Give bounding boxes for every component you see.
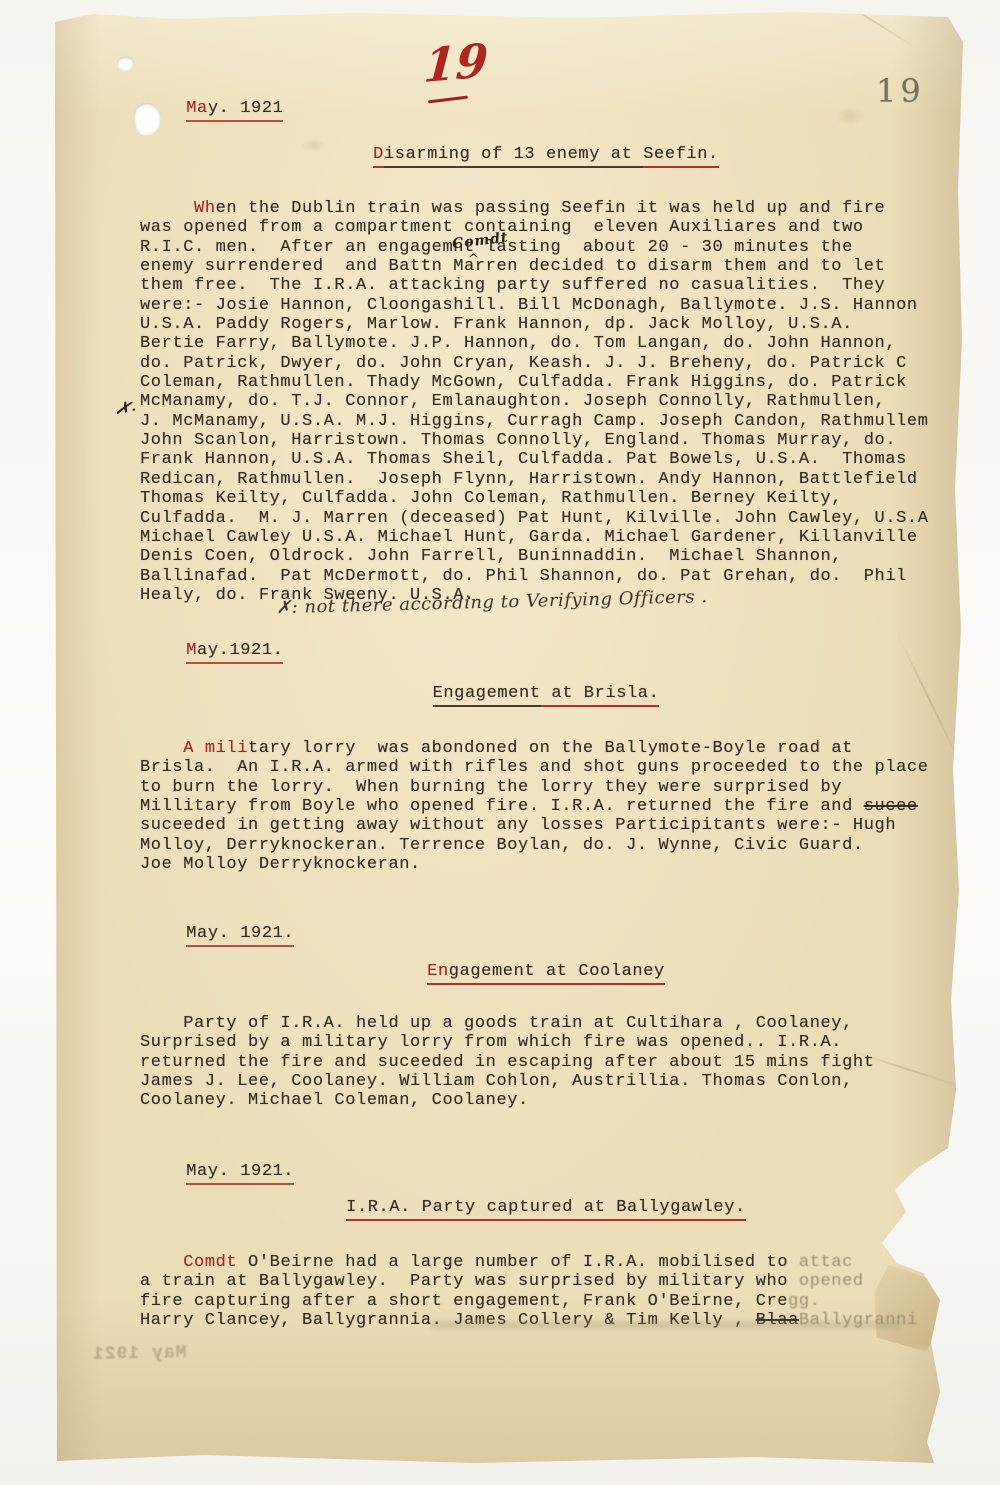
text-segment: Brisla. An I.R.A. armed with rifles and … <box>140 758 929 777</box>
text-segment: a train at Ballygawley. Party was surpri… <box>140 1272 799 1291</box>
text-segment: A mili <box>183 739 248 758</box>
paragraph-seefin: When the Dublin train was passing Seefin… <box>140 199 962 605</box>
text-line: them free. The I.R.A. attacking party su… <box>140 276 962 295</box>
text-segment: Michael Cawley U.S.A. Michael Hunt, Gard… <box>140 528 918 547</box>
bleed-through-smear <box>430 1321 902 1329</box>
text-line: Surprised by a military lorry from which… <box>140 1033 962 1052</box>
text-segment: Surprised by a military lorry from which… <box>140 1033 842 1052</box>
text-line: When the Dublin train was passing Seefin… <box>140 199 962 218</box>
text-segment: McManamy, do. T.J. Connor, Emlanaughton.… <box>140 392 885 411</box>
text-segment: enemy surrendered and Battn Marren decid… <box>140 257 885 276</box>
text-segment <box>140 199 194 218</box>
text-line: Comdt O'Beirne had a large number of I.R… <box>140 1253 962 1272</box>
text-segment: Coleman, Rathmullen. Thady McGown, Culfa… <box>140 373 907 392</box>
text-segment: En <box>427 962 449 985</box>
text-segment: Culfadda. M. J. Marren (deceased) Pat Hu… <box>140 509 929 528</box>
text-line: Denis Coen, Oldrock. John Farrell, Bunin… <box>140 547 962 566</box>
text-segment: at Brisla. <box>541 684 660 707</box>
text-segment: Ballinafad. Pat McDermott, do. Phil Shan… <box>140 567 907 586</box>
text-line: Redican, Rathmullen. Joseph Flynn, Harri… <box>140 470 962 489</box>
text-segment: sucee <box>864 797 918 816</box>
text-line: Culfadda. M. J. Marren (deceased) Pat Hu… <box>140 509 962 528</box>
paper-stain <box>835 106 865 126</box>
text-segment: attac <box>799 1253 853 1272</box>
date-text: May. 1921 <box>186 99 283 122</box>
text-line: Frank Hannon, U.S.A. Thomas Sheil, Culfa… <box>140 450 962 469</box>
text-segment: May. 1921. <box>186 924 294 943</box>
handwritten-caret: ^ <box>468 252 479 267</box>
text-segment: ay.1921. <box>197 641 283 660</box>
date-heading: May. 1921 <box>143 80 283 141</box>
text-segment: to burn the lorry. When burning the lorr… <box>140 778 842 797</box>
text-line: Coleman, Rathmullen. Thady McGown, Culfa… <box>140 373 962 392</box>
text-segment <box>140 739 183 758</box>
paragraph-brisla: A military lorry was abondoned on the Ba… <box>140 739 962 874</box>
text-line: a train at Ballygawley. Party was surpri… <box>140 1272 962 1291</box>
text-segment: James J. Lee, Coolaney. William Cohlon, … <box>140 1072 853 1091</box>
text-segment: Party of I.R.A. held up a goods train at… <box>140 1014 853 1033</box>
text-segment: Bertie Farry, Ballymote. J.P. Hannon, do… <box>140 334 896 353</box>
section-title-seefin: Disarming of 13 enemy at Seefin. <box>140 145 952 164</box>
text-line: fire capturing after a short engagement,… <box>140 1292 962 1311</box>
text-line: enemy surrendered and Battn Marren decid… <box>140 257 962 276</box>
text-line: Coolaney. Michael Coleman, Coolaney. <box>140 1091 962 1110</box>
text-segment: Joe Molloy Derryknockeran. <box>140 855 421 874</box>
text-segment: gg. <box>788 1292 820 1311</box>
text-line: returned the fire and suceeded in escapi… <box>140 1053 962 1072</box>
section-title-coolaney: Engagement at Coolaney <box>140 962 952 981</box>
text-segment: Molloy, Derryknockeran. Terrence Boylan,… <box>140 836 864 855</box>
text-segment: gagement at Coolaney <box>449 962 665 985</box>
stamped-page-number: 19 <box>876 72 925 110</box>
text-segment: opened <box>799 1272 864 1291</box>
paper-crease <box>823 0 917 49</box>
text-line: were:- Josie Hannon, Cloongashill. Bill … <box>140 296 962 315</box>
text-segment: Comdt <box>183 1253 237 1272</box>
text-line: suceeded in getting away without any los… <box>140 816 962 835</box>
paper-hole <box>115 54 135 73</box>
text-line: McManamy, do. T.J. Connor, Emlanaughton.… <box>140 392 962 411</box>
text-segment: I.R.A. Party captured at Ballygawley. <box>346 1198 746 1221</box>
text-line: to burn the lorry. When burning the lorr… <box>140 778 962 797</box>
text-segment: May. 1921. <box>186 1162 294 1181</box>
document-scan: May. 1921 19 19 Disarming of 13 enemy at… <box>0 0 1000 1485</box>
text-line: Michael Cawley U.S.A. Michael Hunt, Gard… <box>140 528 962 547</box>
text-segment: y. 1921 <box>208 99 284 118</box>
text-segment: returned the fire and suceeded in escapi… <box>140 1053 875 1072</box>
paragraph-coolaney: Party of I.R.A. held up a goods train at… <box>140 1014 962 1111</box>
text-segment: Engagement <box>433 684 541 707</box>
text-line: J. McManamy, U.S.A. M.J. Higgins, Currag… <box>140 412 962 431</box>
text-segment: D <box>373 145 384 168</box>
date-text: May.1921. <box>186 641 283 664</box>
text-segment: were:- Josie Hannon, Cloongashill. Bill … <box>140 296 918 315</box>
paragraph-ballygawley: Comdt O'Beirne had a large number of I.R… <box>140 1253 962 1330</box>
text-segment: Redican, Rathmullen. Joseph Flynn, Harri… <box>140 470 918 489</box>
text-line: was opened from a compartment containing… <box>140 218 962 237</box>
text-segment: Coolaney. Michael Coleman, Coolaney. <box>140 1091 529 1110</box>
text-segment: do. Patrick, Dwyer, do. John Cryan, Keas… <box>140 354 907 373</box>
text-segment: Seefin. <box>643 145 719 168</box>
text-segment: fire capturing after a short engagement,… <box>140 1292 788 1311</box>
handwritten-margin-mark: ✗· <box>113 396 138 421</box>
text-segment: Ma <box>186 99 208 118</box>
text-segment: M <box>186 641 197 660</box>
text-segment: en the Dublin train was passing Seefin i… <box>216 199 886 218</box>
bleed-through-text: May 1921 <box>92 1343 187 1365</box>
text-line: Thomas Keilty, Culfadda. John Coleman, R… <box>140 489 962 508</box>
text-line: Joe Molloy Derryknockeran. <box>140 855 962 874</box>
text-segment: Thomas Keilty, Culfadda. John Coleman, R… <box>140 489 842 508</box>
text-line: Brisla. An I.R.A. armed with rifles and … <box>140 758 962 777</box>
date-heading: May. 1921. <box>143 1143 294 1204</box>
text-segment: tary lorry was abondoned on the Ballymot… <box>248 739 853 758</box>
text-segment: isarming of 13 enemy at <box>384 145 643 168</box>
text-segment: Millitary from Boyle who opened fire. I.… <box>140 797 864 816</box>
text-segment: U.S.A. Paddy Rogers, Marlow. Frank Hanno… <box>140 315 853 334</box>
text-line: Ballinafad. Pat McDermott, do. Phil Shan… <box>140 567 962 586</box>
date-text: May. 1921. <box>186 1162 294 1185</box>
text-line: Bertie Farry, Ballymote. J.P. Hannon, do… <box>140 334 962 353</box>
text-segment <box>140 1253 183 1272</box>
text-line: U.S.A. Paddy Rogers, Marlow. Frank Hanno… <box>140 315 962 334</box>
text-line: Party of I.R.A. held up a goods train at… <box>140 1014 962 1033</box>
text-segment: Wh <box>194 199 216 218</box>
date-heading: May.1921. <box>143 622 283 683</box>
text-line: Millitary from Boyle who opened fire. I.… <box>140 797 962 816</box>
text-line: James J. Lee, Coolaney. William Cohlon, … <box>140 1072 962 1091</box>
section-title-brisla: Engagement at Brisla. <box>140 684 952 703</box>
text-segment: John Scanlon, Harristown. Thomas Connoll… <box>140 431 896 450</box>
section-title-ballygawley: I.R.A. Party captured at Ballygawley. <box>140 1198 952 1217</box>
text-segment: Frank Hannon, U.S.A. Thomas Sheil, Culfa… <box>140 450 907 469</box>
text-line: John Scanlon, Harristown. Thomas Connoll… <box>140 431 962 450</box>
text-segment: them free. The I.R.A. attacking party su… <box>140 276 885 295</box>
text-line: A military lorry was abondoned on the Ba… <box>140 739 962 758</box>
text-line: R.I.C. men. After an engagemnt lasting a… <box>140 238 962 257</box>
text-line: Molloy, Derryknockeran. Terrence Boylan,… <box>140 836 962 855</box>
handwritten-page-number: 19 <box>422 37 489 89</box>
text-line: do. Patrick, Dwyer, do. John Cryan, Keas… <box>140 354 962 373</box>
text-segment: Denis Coen, Oldrock. John Farrell, Bunin… <box>140 547 842 566</box>
date-heading: May. 1921. <box>143 905 294 966</box>
text-segment: suceeded in getting away without any los… <box>140 816 896 835</box>
date-text: May. 1921. <box>186 924 294 947</box>
text-segment: J. McManamy, U.S.A. M.J. Higgins, Currag… <box>140 412 929 431</box>
text-segment: O'Beirne had a large number of I.R.A. mo… <box>237 1253 799 1272</box>
